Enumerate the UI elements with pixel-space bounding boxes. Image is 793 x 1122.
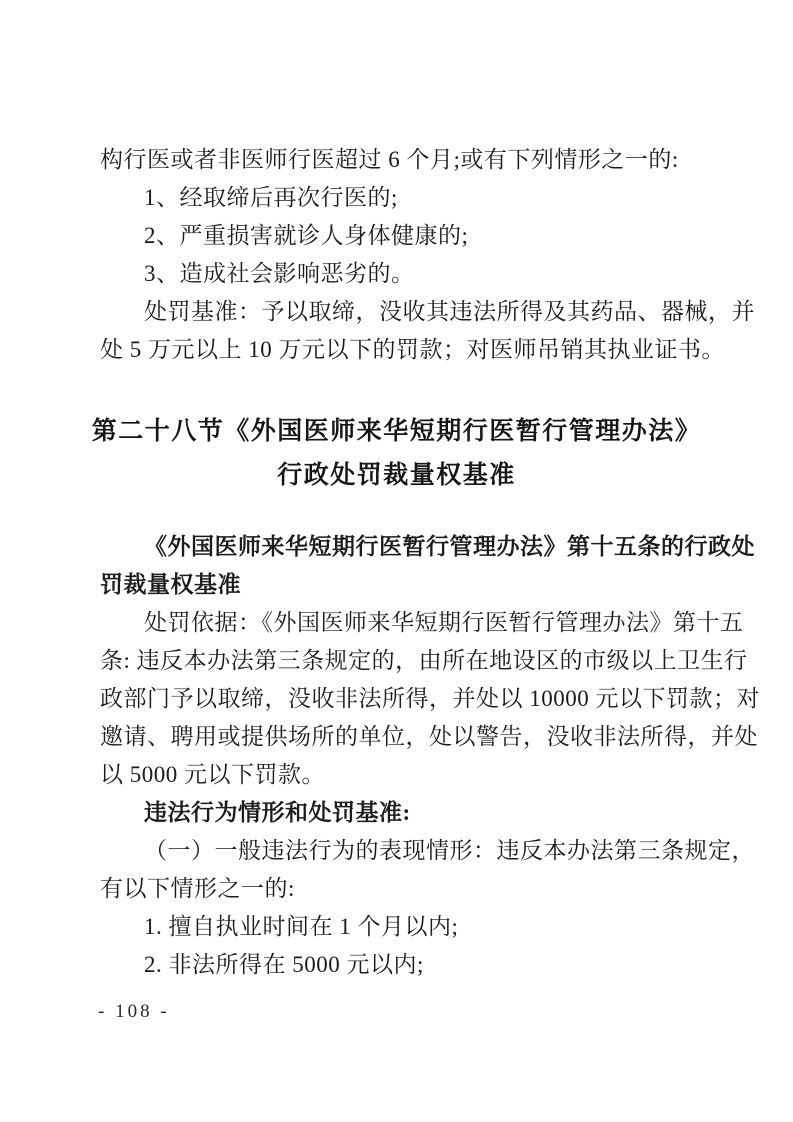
- body-text-line: 以 5000 元以下罚款。: [100, 756, 706, 794]
- section-title-line-1: 第二十八节《外国医师来华短期行医暂行管理办法》: [0, 409, 793, 453]
- subheading-line: 罚裁量权基准: [100, 566, 706, 604]
- body-text-line: 处罚基准：予以取缔，没收其违法所得及其药品、器械，并: [100, 293, 706, 331]
- body-text-line: 邀请、聘用或提供场所的单位，处以警告，没收非法所得，并处: [100, 718, 706, 756]
- subheading-line: 违法行为情形和处罚基准:: [100, 794, 706, 832]
- body-text-line: 政部门予以取缔，没收非法所得，并处以 10000 元以下罚款；对: [100, 680, 706, 718]
- list-item-line: 3、造成社会影响恶劣的。: [100, 255, 706, 293]
- section-heading: 第二十八节《外国医师来华短期行医暂行管理办法》 行政处罚裁量权基准: [0, 409, 793, 497]
- body-text-line: 处 5 万元以上 10 万元以下的罚款；对医师吊销其执业证书。: [100, 331, 706, 369]
- list-item-line: 2、严重损害就诊人身体健康的;: [100, 217, 706, 255]
- subheading-line: 《外国医师来华短期行医暂行管理办法》第十五条的行政处: [100, 528, 706, 566]
- section-title-line-2: 行政处罚裁量权基准: [0, 453, 793, 497]
- body-text-line: 有以下情形之一的:: [100, 870, 706, 908]
- body-text-line: （一）一般违法行为的表现情形：违反本办法第三条规定，: [100, 832, 706, 870]
- list-item-line: 2. 非法所得在 5000 元以内;: [100, 946, 706, 984]
- body-text-line: 构行医或者非医师行医超过 6 个月;或有下列情形之一的:: [100, 141, 706, 179]
- intro-paragraphs: 构行医或者非医师行医超过 6 个月;或有下列情形之一的: 1、经取缔后再次行医的…: [100, 141, 706, 369]
- document-page: 构行医或者非医师行医超过 6 个月;或有下列情形之一的: 1、经取缔后再次行医的…: [0, 0, 793, 1122]
- section-body: 《外国医师来华短期行医暂行管理办法》第十五条的行政处 罚裁量权基准 处罚依据：《…: [100, 528, 706, 984]
- body-text-line: 处罚依据：《外国医师来华短期行医暂行管理办法》第十五: [100, 604, 706, 642]
- body-text-line: 条: 违反本办法第三条规定的，由所在地设区的市级以上卫生行: [100, 642, 706, 680]
- page-number: - 108 -: [98, 999, 170, 1025]
- list-item-line: 1. 擅自执业时间在 1 个月以内;: [100, 908, 706, 946]
- list-item-line: 1、经取缔后再次行医的;: [100, 179, 706, 217]
